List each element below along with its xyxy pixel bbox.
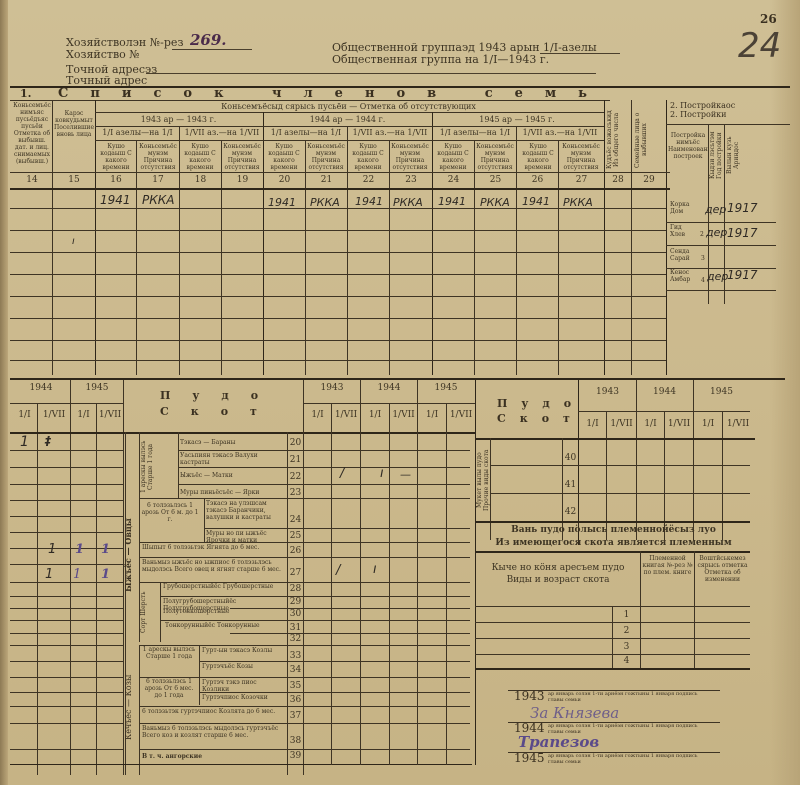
building-name: Кенос Амбар xyxy=(670,269,698,283)
mark: ı xyxy=(380,466,384,481)
col20-header: Кушо кодаыш С какого времени xyxy=(265,143,303,171)
period-label: 1/VII xyxy=(97,411,123,420)
pedigree-col1-header: Кыче но кöня аресъем пудо Виды и возраст… xyxy=(478,562,638,590)
col-number: 22 xyxy=(348,175,389,185)
grid-line xyxy=(96,403,97,775)
row-label: Уасьпиян тэкасэ Валухи кастраты xyxy=(180,452,285,466)
row-number: 28 xyxy=(288,584,303,594)
ls-title-ru: Скот xyxy=(160,405,279,418)
building-num: 2 xyxy=(700,231,704,238)
building-num: 4 xyxy=(701,277,705,284)
grid-line xyxy=(417,380,418,765)
grid-line xyxy=(70,380,71,775)
mark-r27-c4: 1 xyxy=(101,567,110,582)
year-1945-header: 1945 ар — 1945 г. xyxy=(432,115,602,124)
building-year: 1917 xyxy=(727,268,758,282)
rule xyxy=(666,290,776,291)
row-number: 38 xyxy=(288,736,303,746)
col-number: 21 xyxy=(306,175,347,185)
row-label: Тэкасэ на улэшсам тэкасэ Баранчики, валу… xyxy=(206,500,286,521)
row-number: 20 xyxy=(288,438,303,448)
pedigree-col3-header: Воштйськемез сярысь отметка Отметка об и… xyxy=(695,555,750,595)
rule xyxy=(139,706,470,707)
grid-line xyxy=(37,403,38,775)
rule xyxy=(10,340,666,341)
section1-title: Список членов семьи xyxy=(58,86,608,101)
building-col-a-header: Кыдзи лэсьтэм Год постройки xyxy=(709,128,723,183)
rule xyxy=(490,465,750,466)
ls-mid-year-1943: 1943 xyxy=(304,384,360,393)
year-1944-header: 1944 ар — 1944 г. xyxy=(265,115,430,124)
entry-col17: РККА xyxy=(142,193,174,207)
ls-mid-year-1944: 1944 xyxy=(361,384,417,393)
rule xyxy=(230,633,470,634)
period-label: 1/I азелы—на 1/I xyxy=(265,128,347,137)
row-label: Гуртэчпиос Козочки xyxy=(202,694,282,701)
col14-header: Коньсемъёс нимъяс пусьёдъяс пусьёи Отмет… xyxy=(12,102,52,170)
rule xyxy=(10,749,123,750)
row-label: Тэкасэ — Бараны xyxy=(180,439,285,446)
ls-left-year-1945: 1945 xyxy=(72,384,122,393)
rule xyxy=(10,692,123,693)
farm-no-underline xyxy=(172,49,252,50)
signature-text-1943: ар январь солэн 1-ти арнёэн гожтыны 1 ян… xyxy=(548,691,708,703)
entry-col16: 1941 xyxy=(100,193,131,207)
rule xyxy=(178,467,470,468)
building-num: 3 xyxy=(701,255,705,262)
row-number: 36 xyxy=(288,695,303,705)
ls-title-komi: Пудо xyxy=(160,389,280,402)
col26-header: Кушо кодаыш С какого времени xyxy=(518,143,558,171)
section1-number: 1. xyxy=(20,87,31,100)
rule xyxy=(10,450,123,451)
row-number: 40 xyxy=(563,453,578,463)
pedigree-col2-header: Племенной книгая №-рез № по плем. книге xyxy=(641,555,694,595)
pedigree-row-number: 1 xyxy=(613,610,640,620)
rule xyxy=(178,484,470,485)
rule xyxy=(10,661,123,662)
grid-line xyxy=(347,126,348,375)
rule xyxy=(199,661,470,662)
building-mark: дер xyxy=(706,226,727,239)
period-label: 1/I xyxy=(12,411,37,420)
rule xyxy=(139,723,470,724)
grid-line xyxy=(604,100,605,375)
building-name: Сенда Сарай xyxy=(670,248,698,262)
col29-header: Семейные лица о выбывших xyxy=(634,110,664,170)
row-label: Гурт-ын тэкасэ Козлы xyxy=(202,647,282,654)
grid-line xyxy=(446,403,447,765)
period-label: 1/VII аз.—на 1/VII xyxy=(181,128,263,137)
mark: — xyxy=(400,468,411,481)
group-label-sheep: Ыжъёс — Овцы xyxy=(125,470,139,640)
grid-line xyxy=(52,100,53,190)
group-ru-label: Общественная группа на 1/I—1943 г. xyxy=(332,54,549,66)
col-number: 16 xyxy=(96,175,136,185)
row-number: 24 xyxy=(288,515,303,525)
pedigree-title-ru: Из имеющегося скота является племенным xyxy=(476,537,751,549)
mark: / xyxy=(340,466,344,481)
building-mark: дер xyxy=(705,203,726,216)
col-number: 25 xyxy=(475,175,516,185)
period-label: 1/I xyxy=(71,411,96,420)
period-label: 1/I азелы—на 1/I xyxy=(96,128,179,137)
page-number-large: 24 xyxy=(738,26,781,66)
sub-label-sheep-2: 6 толэзьлэсь 1 арозь От 6 м. до 1 г. xyxy=(140,502,200,530)
ls-right-year-1945: 1945 xyxy=(694,388,749,397)
section2-title: 2. Постройкаос xyxy=(670,101,735,110)
row-label: Ыжъёс — Матки xyxy=(180,472,285,479)
row-number: 34 xyxy=(288,665,303,675)
period-label: 1/VII xyxy=(447,411,475,420)
grid-line xyxy=(331,403,332,765)
grid-line xyxy=(516,126,517,375)
pedigree-row-number: 4 xyxy=(613,656,640,666)
entry-col26: 1941 xyxy=(522,195,550,208)
row-number: 31 xyxy=(288,623,303,633)
rule xyxy=(475,654,750,655)
rule xyxy=(10,274,666,275)
mark-r26-c3: 1 xyxy=(75,542,84,557)
row-number: 25 xyxy=(288,531,303,541)
rule xyxy=(10,484,123,485)
building-year: 1917 xyxy=(727,226,758,240)
rule xyxy=(10,467,123,468)
col17-header: Коньсемъёс мунэм Причина отсутствия xyxy=(138,143,178,171)
rule xyxy=(10,296,666,297)
col22-header: Кушо кодаыш С какого времени xyxy=(349,143,387,171)
rule xyxy=(139,677,470,678)
rule xyxy=(139,645,470,646)
rule xyxy=(10,252,666,253)
row-label: Муры пиньёсъёс — Ярки xyxy=(180,489,285,496)
rule xyxy=(666,245,776,246)
other-livestock-label: Мукет вылы пудо Прочие виды скота xyxy=(476,444,490,516)
col24-header: Кушо кодаыш С какого времени xyxy=(434,143,472,171)
rule xyxy=(10,582,123,583)
rule xyxy=(666,222,776,223)
grid-line xyxy=(693,380,694,540)
entry-col22: 1941 xyxy=(355,195,383,208)
col16-header: Кушо кодаыш С какого времени xyxy=(97,143,135,171)
rule xyxy=(10,564,123,565)
signature-year-1945: 1945 xyxy=(514,751,545,765)
col-number: 17 xyxy=(137,175,179,185)
col23-header: Коньсемъёс мунэм Причина отсутствия xyxy=(390,143,430,171)
row-number: 27 xyxy=(288,568,303,578)
period-label: 1/I xyxy=(579,420,606,429)
rule xyxy=(10,378,785,380)
grid-line xyxy=(52,190,53,375)
col15-header: Карэс ковкудьмыт Поселившиеся вновь лица xyxy=(54,110,94,170)
col27-header: Коньсемъёс мунэм Причина отсутствия xyxy=(560,143,602,171)
rule xyxy=(139,557,470,558)
col-number: 23 xyxy=(390,175,432,185)
entry-col21: РККА xyxy=(310,196,340,209)
rule xyxy=(10,403,123,404)
col-number: 28 xyxy=(605,175,631,185)
col-number: 15 xyxy=(54,175,94,185)
rule xyxy=(10,620,123,621)
row-label: Гуртэч тэкэ пиос Козлики xyxy=(202,679,282,693)
rule xyxy=(10,596,123,597)
rule xyxy=(95,140,605,141)
row-label: 6 толэзьтэк гуртэчпиос Козлята до 6 мес. xyxy=(142,708,282,715)
row-number: 30 xyxy=(288,609,303,619)
row-number: 41 xyxy=(563,480,578,490)
rule xyxy=(475,638,750,639)
period-label: 1/VII аз.—на 1/VII xyxy=(349,128,431,137)
mark-r20-c1: 1 xyxy=(20,434,29,450)
period-label: 1/I xyxy=(694,420,722,429)
period-label: 1/I xyxy=(304,411,331,420)
row-label: Грубошерстныйёс Грубошерстные xyxy=(163,583,283,590)
sub-label-wool: Сорт Шерсть xyxy=(140,588,154,636)
col-number: 29 xyxy=(632,175,666,185)
row-label: Шыпыт 6 толэзьтэк Ягнята до 6 мес. xyxy=(142,544,282,551)
grid-line xyxy=(360,380,361,765)
col28-header: Кудъёс вожаськид Из общего числа xyxy=(606,110,630,170)
period-label: 1/I xyxy=(361,411,389,420)
row-number: 23 xyxy=(288,488,303,498)
rule xyxy=(178,450,470,451)
col18-header: Кушо кодаыш С какого времени xyxy=(181,143,219,171)
mark-r27-c3: 1 xyxy=(73,567,81,582)
col-number: 14 xyxy=(12,175,52,185)
grid-line xyxy=(666,100,667,375)
rule xyxy=(10,230,666,231)
col21-header: Коньсемъёс мунэм Причина отсутствия xyxy=(306,143,346,171)
row-label: Ваньмыз 6 толэзьлэсь мыдолэсь гуртэчъёс … xyxy=(142,725,284,739)
grid-line xyxy=(303,380,304,775)
section2-title-ru: 2. Постройки xyxy=(670,110,726,119)
row-number: 26 xyxy=(288,546,303,556)
group-label-goats: Кечъёс — Козы xyxy=(125,650,139,765)
period-label: 1/VII аз.—на 1/VII xyxy=(518,128,602,137)
rule xyxy=(490,493,750,494)
signature-year-1943: 1943 xyxy=(514,689,545,703)
rule xyxy=(10,677,123,678)
ls-mid-year-1945: 1945 xyxy=(418,384,474,393)
pedigree-row-number: 2 xyxy=(613,626,640,636)
rule xyxy=(475,668,750,670)
mark-r26-c4: 1 xyxy=(101,542,110,557)
grid-line xyxy=(631,100,632,375)
mark-r26-c2: 1 xyxy=(48,542,56,557)
rule xyxy=(10,432,475,434)
row-number: 37 xyxy=(288,711,303,721)
grid-line xyxy=(636,380,637,540)
col19-header: Коньсемъёс мунэм Причина отсутствия xyxy=(222,143,262,171)
sub-label-goats-1: 1 арескы вылэсь Старше 1 года xyxy=(140,646,198,674)
rule xyxy=(475,521,750,523)
building-mark: дер xyxy=(707,270,728,283)
grid-line xyxy=(204,498,205,542)
grid-line xyxy=(160,582,161,642)
row-label: Гуртэчъёс Козы xyxy=(202,663,282,670)
group-underline xyxy=(540,53,620,54)
rule xyxy=(475,438,755,440)
rule xyxy=(10,532,123,533)
farm-no-ru-label: Хозяйство № xyxy=(66,49,140,61)
rule xyxy=(10,318,666,319)
rule xyxy=(10,100,610,101)
building-name: Корка Дом xyxy=(670,201,698,215)
col-number: 26 xyxy=(517,175,558,185)
building-year: 1917 xyxy=(727,201,758,215)
absence-header: Коньсемъёсыд сярысь пусьёи — Отметка об … xyxy=(96,102,601,112)
signature-1943: За Князева xyxy=(530,704,619,722)
rule xyxy=(10,172,670,173)
grid-line xyxy=(95,100,96,375)
rule xyxy=(10,500,123,501)
building-name-header: Постройка нимъёс Наименование построек xyxy=(668,132,708,180)
col-number: 19 xyxy=(222,175,263,185)
row-number: 42 xyxy=(563,507,578,517)
col-number: 24 xyxy=(433,175,474,185)
entry-col20: 1941 xyxy=(268,196,296,209)
col-number: 18 xyxy=(180,175,221,185)
rule xyxy=(475,551,750,553)
rule xyxy=(10,633,123,634)
page-edge-right xyxy=(770,0,800,785)
row-number: 33 xyxy=(288,651,303,661)
ls-right-title-ru: Скот xyxy=(497,412,584,425)
ls-left-year-1944: 1944 xyxy=(12,384,70,393)
period-label: 1/VII xyxy=(332,411,360,420)
period-label: 1/I xyxy=(637,420,664,429)
pedigree-title-komi: Вань пудо пöлысь племеннойёсыз луо xyxy=(476,524,751,536)
rule xyxy=(204,528,470,529)
col-number: 27 xyxy=(559,175,604,185)
grid-line xyxy=(199,645,200,705)
address-underline xyxy=(146,73,596,74)
col25-header: Коньсемъёс мунэм Причина отсутствия xyxy=(475,143,515,171)
sub-label-sheep-1: 1 арескы вылэсь Старше 1 года xyxy=(140,438,158,496)
grid-line xyxy=(179,126,180,375)
mark-r20-c2: ‡ xyxy=(45,434,51,448)
rule xyxy=(160,620,470,621)
period-label: 1/VII xyxy=(38,411,70,420)
rule xyxy=(139,749,470,750)
rule xyxy=(95,126,605,127)
rule xyxy=(10,645,123,646)
entry-col24: 1941 xyxy=(438,195,466,208)
row-number: 35 xyxy=(288,681,303,691)
mark: ı xyxy=(373,562,377,577)
period-label: 1/VII xyxy=(390,411,417,420)
rule xyxy=(10,723,123,724)
mark: / xyxy=(336,563,340,578)
entry-col25: РККА xyxy=(480,196,510,209)
page-number-small: 26 xyxy=(760,12,777,26)
mark-r27-c2: 1 xyxy=(45,567,53,582)
row-number: 29 xyxy=(288,597,303,607)
row-number: 22 xyxy=(288,472,303,482)
rule xyxy=(139,542,470,543)
pedigree-row-number: 3 xyxy=(613,642,640,652)
pencil-mark: ı xyxy=(72,236,75,247)
entry-col27: РККА xyxy=(563,196,593,209)
row-number: 21 xyxy=(288,455,303,465)
ls-right-year-1943: 1943 xyxy=(580,388,635,397)
rule xyxy=(10,764,472,765)
grid-line xyxy=(389,403,390,765)
grid-line xyxy=(139,645,140,775)
rule xyxy=(10,516,123,517)
sub-label-goats-2: 6 толэзьлэсь 1 арозь От 6 мес. до 1 года xyxy=(140,678,198,706)
archival-form-page: Хозяйстволэн №-рез 269. Хозяйство № Точн… xyxy=(0,0,800,785)
rule xyxy=(139,498,470,499)
grid-line xyxy=(263,112,264,375)
row-label: Ваньмыз ыжъёс но ыжпиос 6 толэзьлэсь мыд… xyxy=(142,559,284,573)
row-number: 39 xyxy=(288,751,303,761)
ls-right-title-komi: Пудо xyxy=(497,397,585,410)
building-name: Гид Хлев xyxy=(670,224,698,238)
row-number: 32 xyxy=(288,634,303,644)
rule xyxy=(475,622,750,623)
grid-line xyxy=(178,432,179,498)
ls-right-year-1944: 1944 xyxy=(637,388,692,397)
signature-1944: Трапезов xyxy=(518,733,599,751)
rule xyxy=(10,608,123,609)
signature-text-1945: ар январь солэн 1-ти арнёэн гожтыны 1 ян… xyxy=(548,753,708,765)
period-label: 1/VII xyxy=(665,420,693,429)
rule xyxy=(666,124,790,125)
grid-line xyxy=(139,432,140,642)
row-label: Тонкорунныйёс Тонкорунные xyxy=(165,622,275,629)
rule xyxy=(10,706,123,707)
period-label: 1/VII xyxy=(607,420,636,429)
entry-col23: РККА xyxy=(393,196,423,209)
period-label: 1/VII xyxy=(723,420,753,429)
rule xyxy=(10,360,666,361)
col-number: 20 xyxy=(264,175,305,185)
row-label: В т. ч. ангорские xyxy=(142,753,282,760)
rule xyxy=(95,112,605,113)
period-label: 1/I xyxy=(418,411,446,420)
row-label: Полутонкошерстные xyxy=(163,608,273,615)
farm-no-value: 269. xyxy=(190,31,227,49)
rule xyxy=(199,692,470,693)
period-label: 1/I азелы—на 1/I xyxy=(434,128,516,137)
building-col-b-header: Вылын кузь Ариндос xyxy=(726,128,744,183)
rule xyxy=(160,596,470,597)
year-1943-header: 1943 ар — 1943 г. xyxy=(96,115,261,124)
page-edge-left xyxy=(0,0,8,785)
rule xyxy=(10,188,670,190)
grid-line xyxy=(432,112,433,375)
